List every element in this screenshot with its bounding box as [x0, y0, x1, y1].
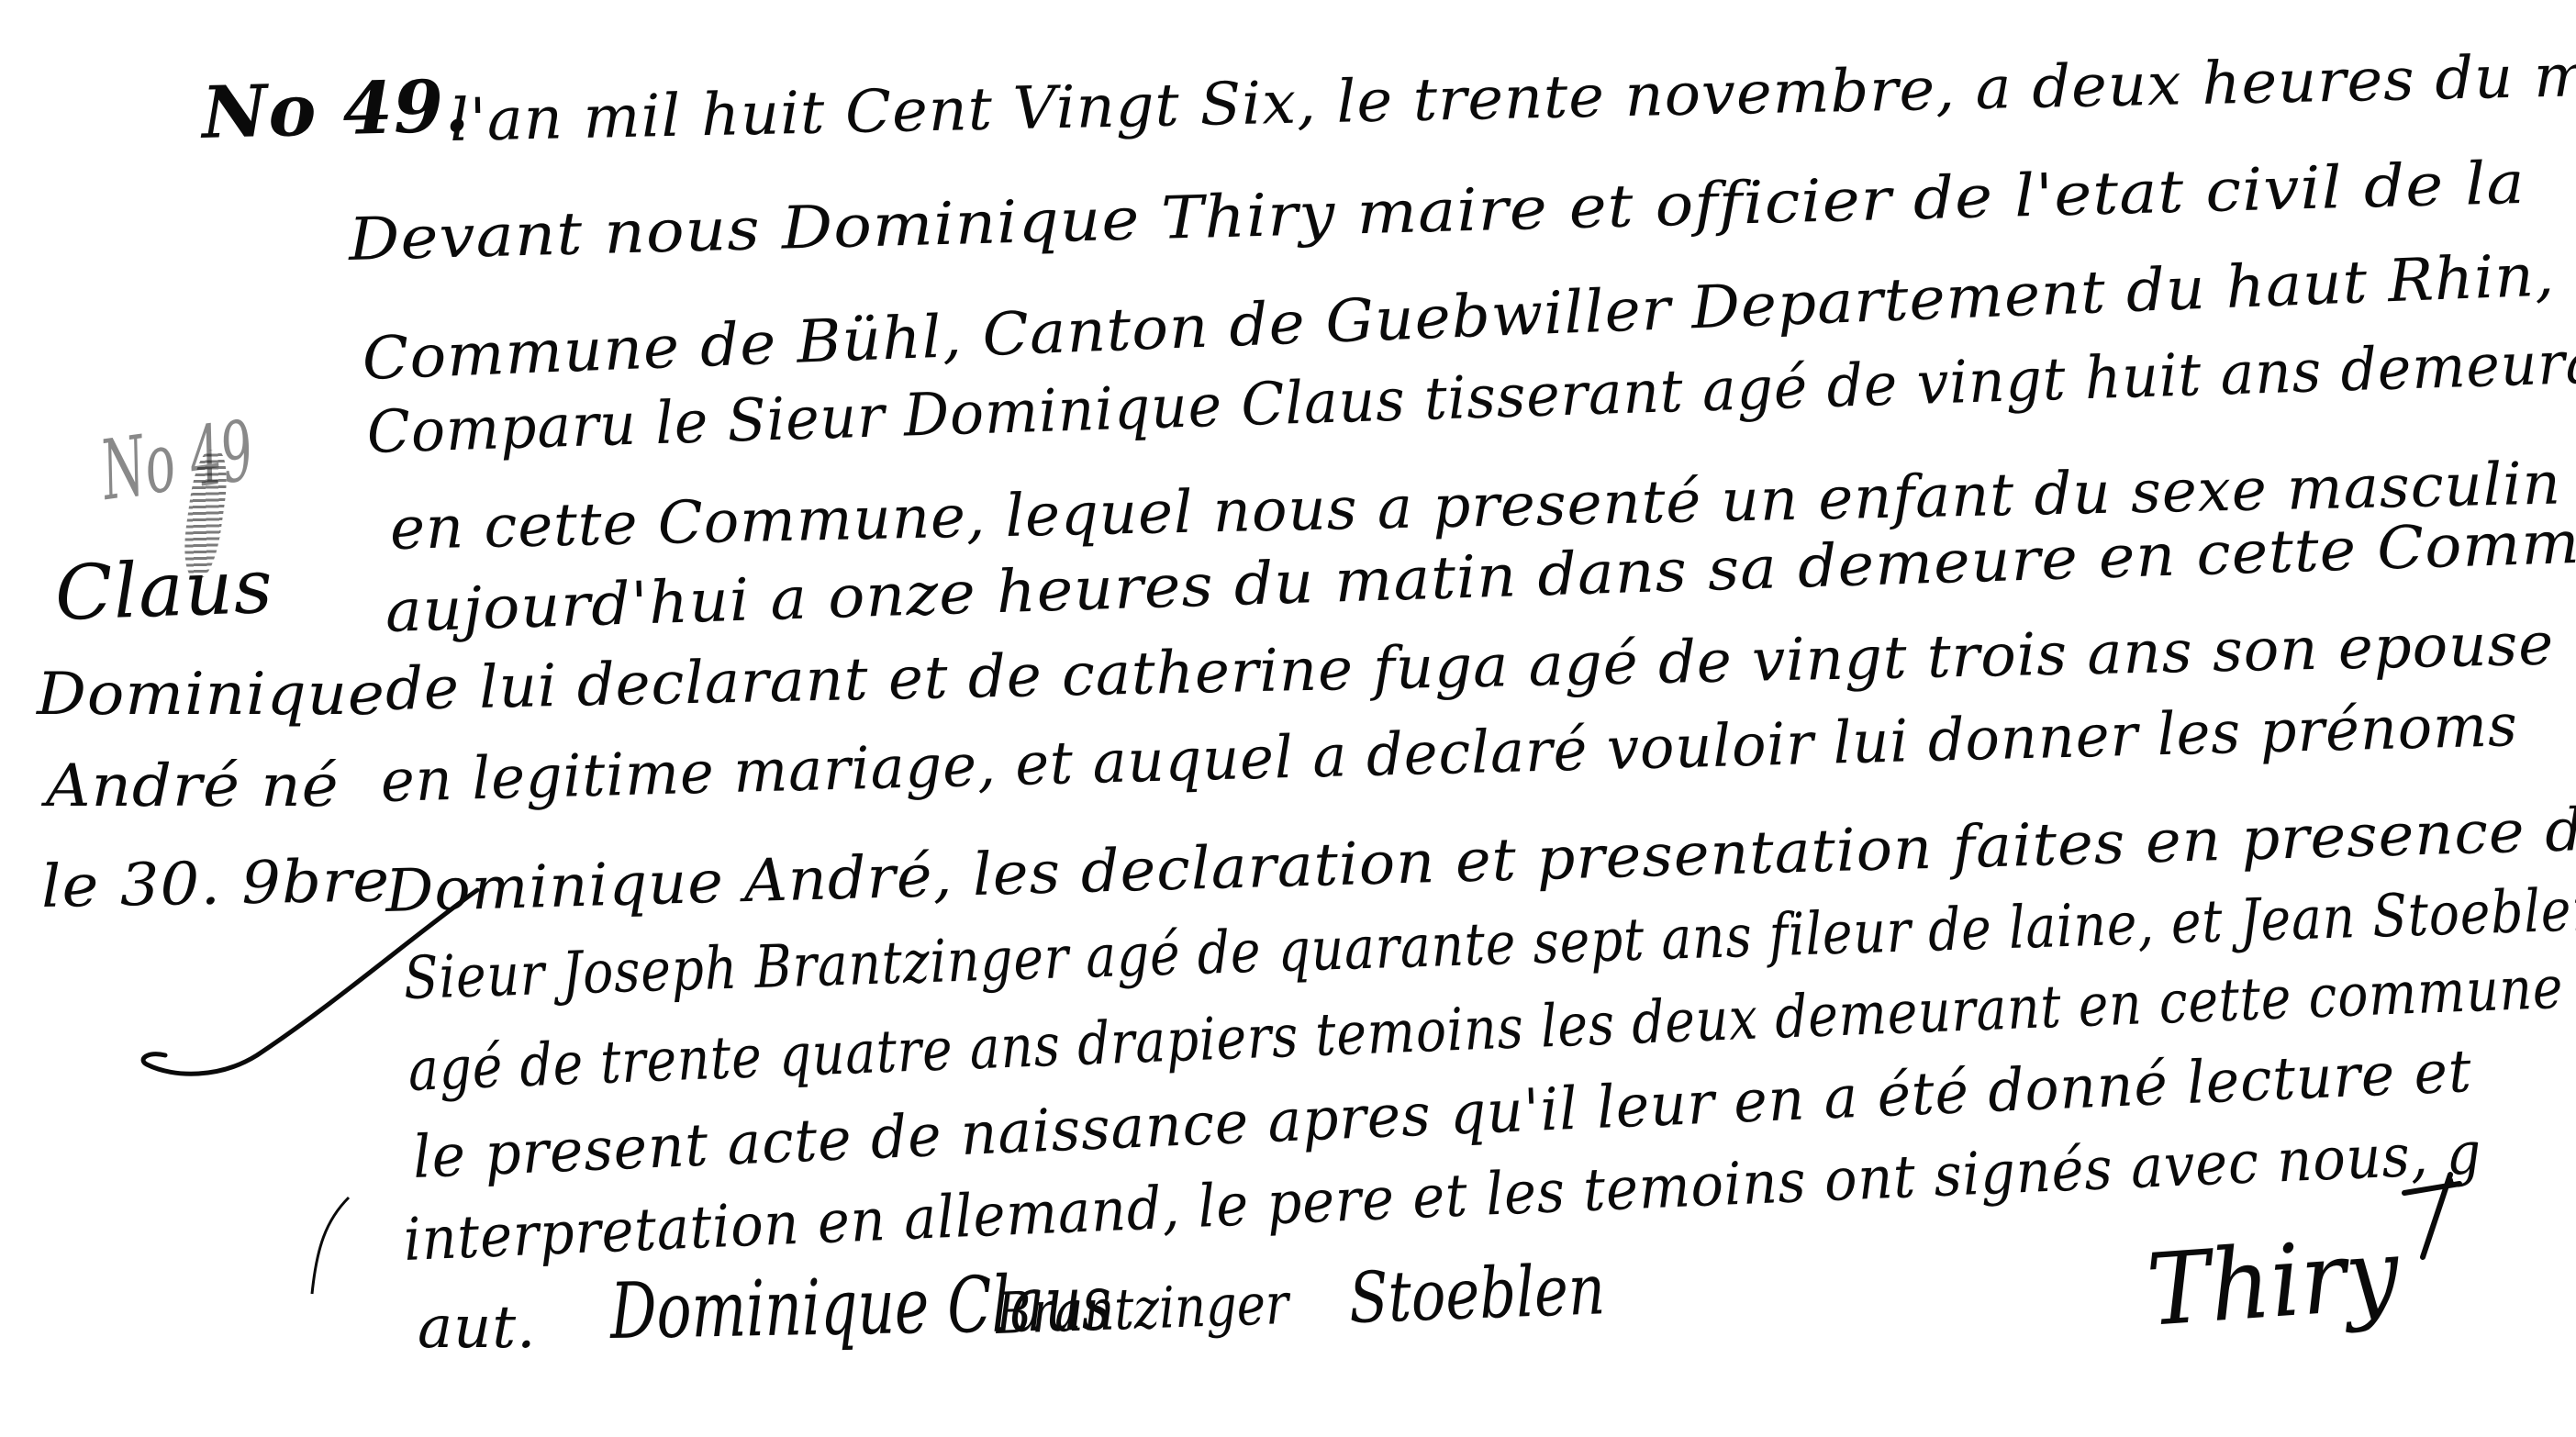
margin-bracket [298, 1193, 362, 1303]
approval-mark [2395, 1165, 2478, 1266]
record-line-1: l'an mil huit Cent Vingt Six, le trente … [449, 39, 2576, 155]
signature-mayor: Thiry [2144, 1217, 2403, 1349]
record-line-14: aut. [418, 1294, 536, 1362]
margin-surname: Claus [53, 543, 274, 638]
margin-entry-number: No 49 [95, 403, 260, 519]
margin-flourish [110, 881, 496, 1101]
entry-number: No 49. [201, 64, 471, 155]
blank-area [0, 1358, 2576, 1437]
signature-witness-2: Stoeblen [1347, 1248, 1606, 1339]
signature-witness-1: Brantzinger [995, 1270, 1289, 1347]
margin-given-name-1: Dominique [37, 661, 385, 729]
scanned-register-page: No 49. l'an mil huit Cent Vingt Six, le … [0, 0, 2576, 1358]
margin-given-name-2: André né [46, 752, 340, 820]
